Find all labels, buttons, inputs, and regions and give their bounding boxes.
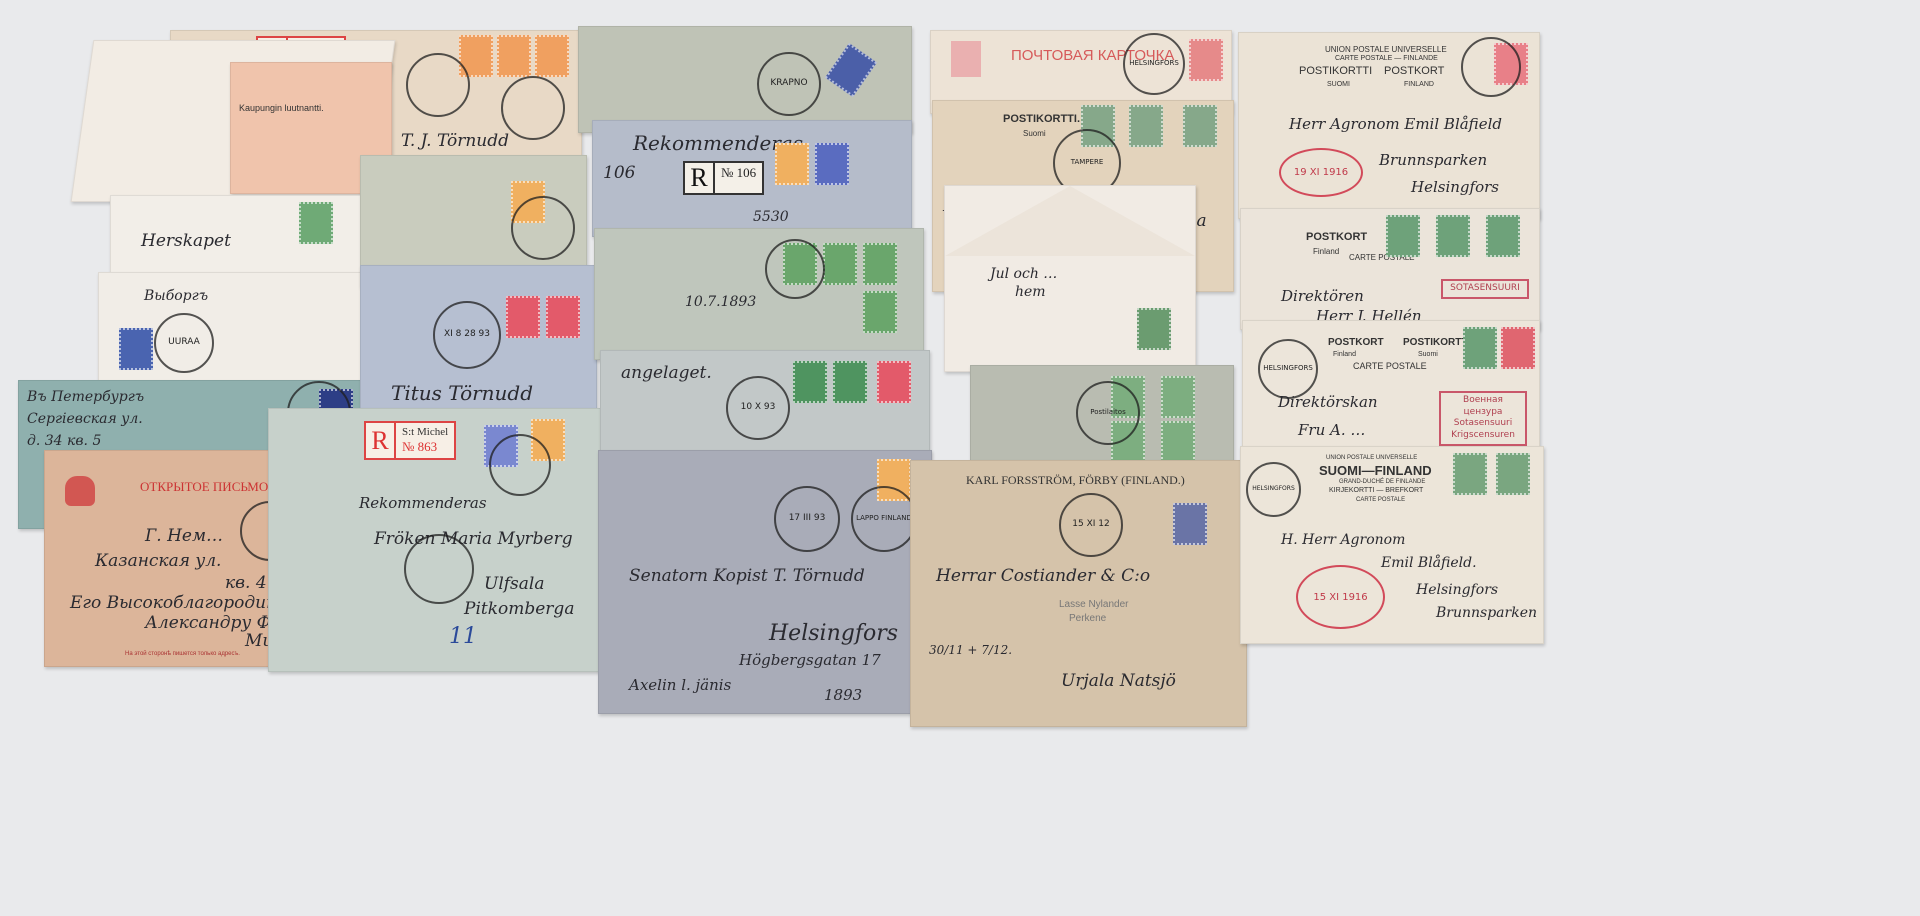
blue-stamp	[825, 43, 877, 97]
green-stamp	[1129, 105, 1163, 147]
eagle-icon	[65, 476, 95, 506]
rekommenderas-cover: Rekommenderas 106 R № 106 5530	[592, 120, 912, 237]
blue-stamp	[815, 143, 849, 185]
postmark: HELSINGFORS	[1258, 339, 1318, 399]
censor-postmark: 15 XI 1916	[1296, 565, 1385, 629]
blue-stamp	[1173, 503, 1207, 545]
small-envelope: Jul och … hem	[944, 185, 1196, 372]
registration-label: R S:t Michel№ 863	[364, 421, 456, 460]
red-stamp	[546, 296, 580, 338]
green-stamp	[1161, 376, 1195, 418]
green-stamp	[1183, 105, 1217, 147]
green-stamp	[1386, 215, 1420, 257]
postmark: 10 X 93	[726, 376, 790, 440]
postmark: 17 III 93	[774, 486, 840, 552]
address-line: Сергiевская ул.	[27, 411, 143, 427]
green-stamp	[299, 202, 333, 244]
red-stamp	[877, 361, 911, 403]
address-text: Выборгъ	[144, 288, 208, 304]
green-stamp	[863, 291, 897, 333]
address-text: Herskapet	[141, 231, 231, 251]
st-michel-registered-cover: R S:t Michel№ 863 Rekommenderas Fröken M…	[268, 408, 610, 672]
postkort-card-lower: POSTKORT POSTIKORTTI Finland Suomi CARTE…	[1242, 320, 1540, 457]
postmark	[511, 196, 575, 260]
green-stamp	[1137, 308, 1171, 350]
postmark	[1461, 37, 1521, 97]
green-stamp	[833, 361, 867, 403]
envelope-flap	[945, 186, 1195, 256]
address-line: д. 34 кв. 5	[27, 433, 101, 449]
postmark	[404, 534, 474, 604]
postmark: LAPPO FINLAND	[851, 486, 917, 552]
card-title: ОТКРЫТОЕ ПИСЬМО.	[140, 479, 272, 495]
address-line: Въ Петербургъ	[27, 389, 144, 405]
postmark: HELSINGFORS	[1123, 33, 1185, 95]
postmark: Postilaitos	[1076, 381, 1140, 445]
blue-stamp	[119, 328, 153, 370]
green-stamp	[1436, 215, 1470, 257]
green-stamp	[1496, 453, 1530, 495]
grey-block-cover: Postilaitos	[970, 365, 1234, 467]
red-stamp	[1189, 39, 1223, 81]
red-stamp	[1501, 327, 1535, 369]
censor-postmark: 19 XI 1916	[1279, 148, 1363, 197]
upu-postcard-top: UNION POSTALE UNIVERSELLE CARTE POSTALE …	[1238, 32, 1540, 219]
forsstrom-cover: KARL FORSSTRÖM, FÖRBY (FINLAND.) 15 XI 1…	[910, 460, 1247, 727]
green-stamp	[793, 361, 827, 403]
postmark	[489, 434, 551, 496]
orange-stamp	[775, 143, 809, 185]
lappo-cover: 17 III 93 LAPPO FINLAND Senatorn Kopist …	[598, 450, 932, 714]
censor-stamp: SOTASENSUURI	[1441, 279, 1529, 299]
orange-stamp	[535, 35, 569, 77]
green-stamp	[1161, 421, 1195, 463]
postkort-card-mid: POSTKORT Finland CARTE POSTALE Direktöre…	[1240, 208, 1540, 330]
green-stamp	[1453, 453, 1487, 495]
green-stamps-cover: 10.7.1893	[594, 228, 924, 360]
postmark	[765, 239, 825, 299]
address-text: Titus Törnudd	[391, 381, 533, 405]
green-stamp	[823, 243, 857, 285]
red-stamp	[506, 296, 540, 338]
orange-stamp	[497, 35, 531, 77]
registration-label: R № 106	[683, 161, 764, 195]
postmark: 15 XI 12	[1059, 493, 1123, 557]
censor-stamp: Военная цензура Sotasensuuri Krigscensur…	[1439, 391, 1527, 446]
postmark	[406, 53, 470, 117]
postmark: HELSINGFORS	[1246, 462, 1301, 517]
postmark: UURAA	[154, 313, 214, 373]
eagle-icon	[951, 41, 981, 77]
postmark: XI 8 28 93	[433, 301, 501, 369]
viborg-cover: Выборгъ UURAA	[98, 272, 362, 392]
green-stamp	[1486, 215, 1520, 257]
helsingfors-cover: XI 8 28 93 Titus Törnudd	[360, 265, 597, 417]
suomi-finland-card: UNION POSTALE UNIVERSELLE SUOMI—FINLAND …	[1240, 446, 1544, 644]
green-stamp	[1463, 327, 1497, 369]
postmark: KRAPNO	[757, 52, 821, 116]
green-stamp	[863, 243, 897, 285]
address-text: T. J. Törnudd	[401, 131, 509, 151]
postmark	[501, 76, 565, 140]
krapno-grey-cover: KRAPNO	[578, 26, 912, 133]
